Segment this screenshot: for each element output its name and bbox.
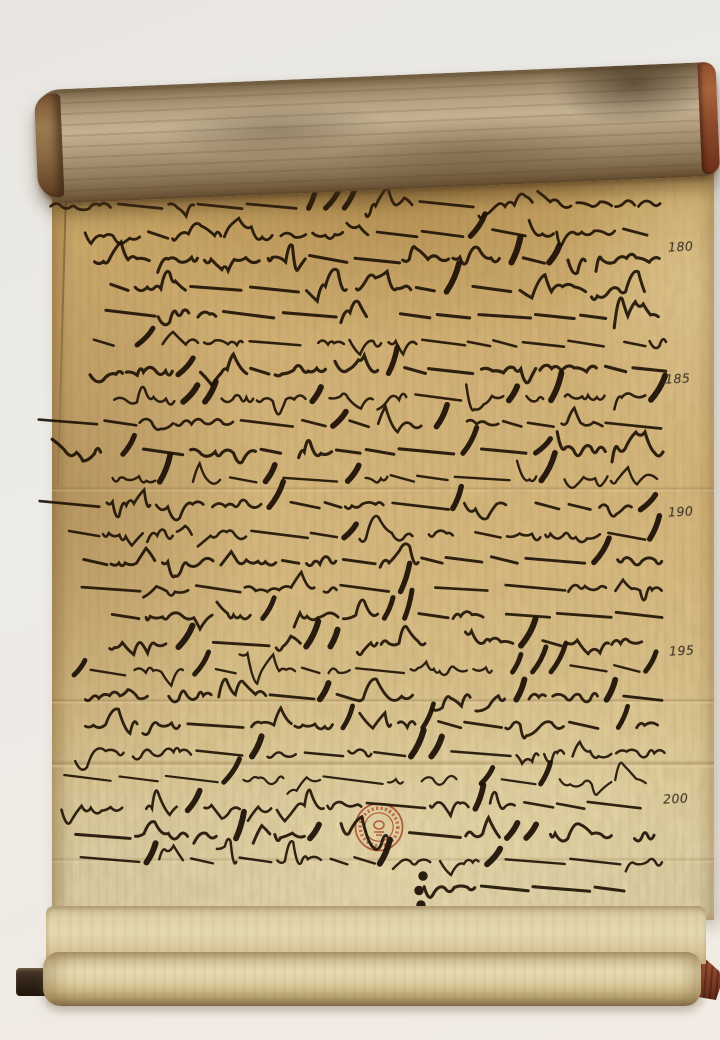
- margin-line-number: 200: [663, 790, 689, 806]
- left-edge-crease: [57, 186, 67, 486]
- top-roll-right-end: [697, 62, 720, 175]
- library-stamp: [353, 801, 405, 853]
- scroll-bottom-roll: [43, 952, 701, 1006]
- top-roll-left-end: [34, 93, 64, 198]
- margin-line-number: 180: [668, 238, 694, 254]
- photograph-background: 180 185 190 195 200: [0, 0, 720, 1040]
- margin-line-number: 190: [668, 503, 694, 519]
- margin-line-number: 185: [665, 370, 691, 386]
- horizontal-crease: [52, 760, 714, 768]
- horizontal-crease: [52, 698, 714, 704]
- horizontal-crease: [52, 857, 714, 863]
- horizontal-crease: [52, 486, 714, 492]
- margin-line-number: 195: [669, 642, 695, 658]
